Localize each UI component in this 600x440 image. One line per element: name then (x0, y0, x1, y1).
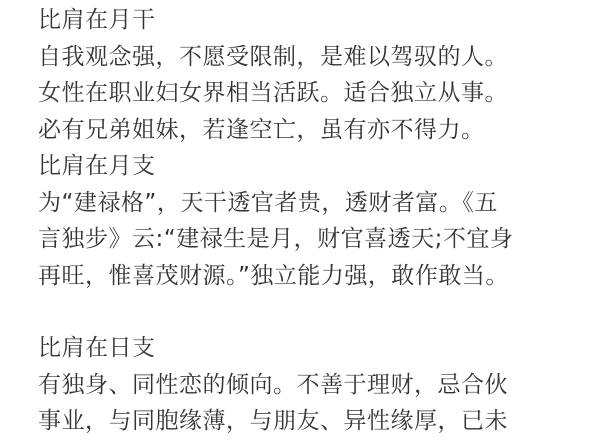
section-heading: 比肩在日支 (38, 330, 598, 367)
paragraph-line: 自我观念强，不愿受限制，是难以驾驭的人。 (38, 39, 598, 76)
paragraph-line: 必有兄弟姐妹，若逢空亡，虽有亦不得力。 (38, 112, 598, 149)
paragraph-line: 再旺，惟喜茂财源。”独立能力强，敢作敢当。 (38, 258, 598, 295)
paragraph-line: 言独步》云:“建禄生是月，财官喜透天;不宜身 (38, 221, 598, 258)
paragraph-line: 女性在职业妇女界相当活跃。适合独立从事。 (38, 75, 598, 112)
section-heading: 比肩在月支 (38, 148, 598, 185)
section-spacer (38, 294, 598, 330)
paragraph-line: 为“建禄格”，天干透官者贵，透财者富。《五 (38, 185, 598, 222)
article-body: 比肩在月干 自我观念强，不愿受限制，是难以驾驭的人。 女性在职业妇女界相当活跃。… (38, 2, 598, 400)
section-heading: 比肩在月干 (38, 2, 598, 39)
paragraph-line: 有独身、同性恋的倾向。不善于理财，忌合伙 (38, 367, 598, 401)
